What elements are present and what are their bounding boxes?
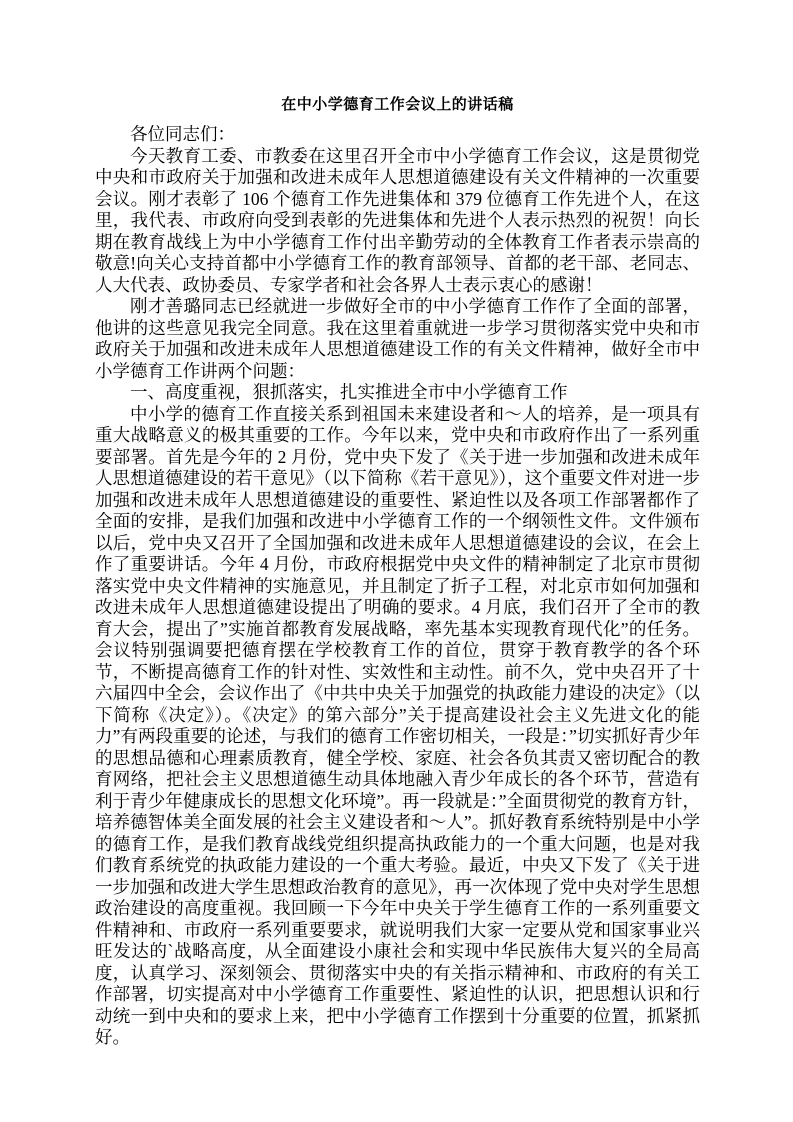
salutation-line: 各位同志们： — [95, 124, 700, 146]
document-title: 在中小学德育工作会议上的讲话稿 — [95, 94, 700, 116]
section-heading-one: 一、高度重视，狠抓落实，扎实推进全市中小学德育工作 — [95, 382, 700, 404]
paragraph-agreement: 刚才善璐同志已经就进一步做好全市的中小学德育工作作了全面的部署，他讲的这些意见我… — [95, 296, 700, 382]
paragraph-opening: 今天教育工委、市教委在这里召开全市中小学德育工作会议，这是贯彻党中央和市政府关于… — [95, 146, 700, 297]
document-page: 在中小学德育工作会议上的讲话稿 各位同志们： 今天教育工委、市教委在这里召开全市… — [0, 0, 793, 1122]
paragraph-main-body: 中小学的德育工作直接关系到祖国未来建设者和～人的培养，是一项具有重大战略意义的极… — [95, 404, 700, 1049]
